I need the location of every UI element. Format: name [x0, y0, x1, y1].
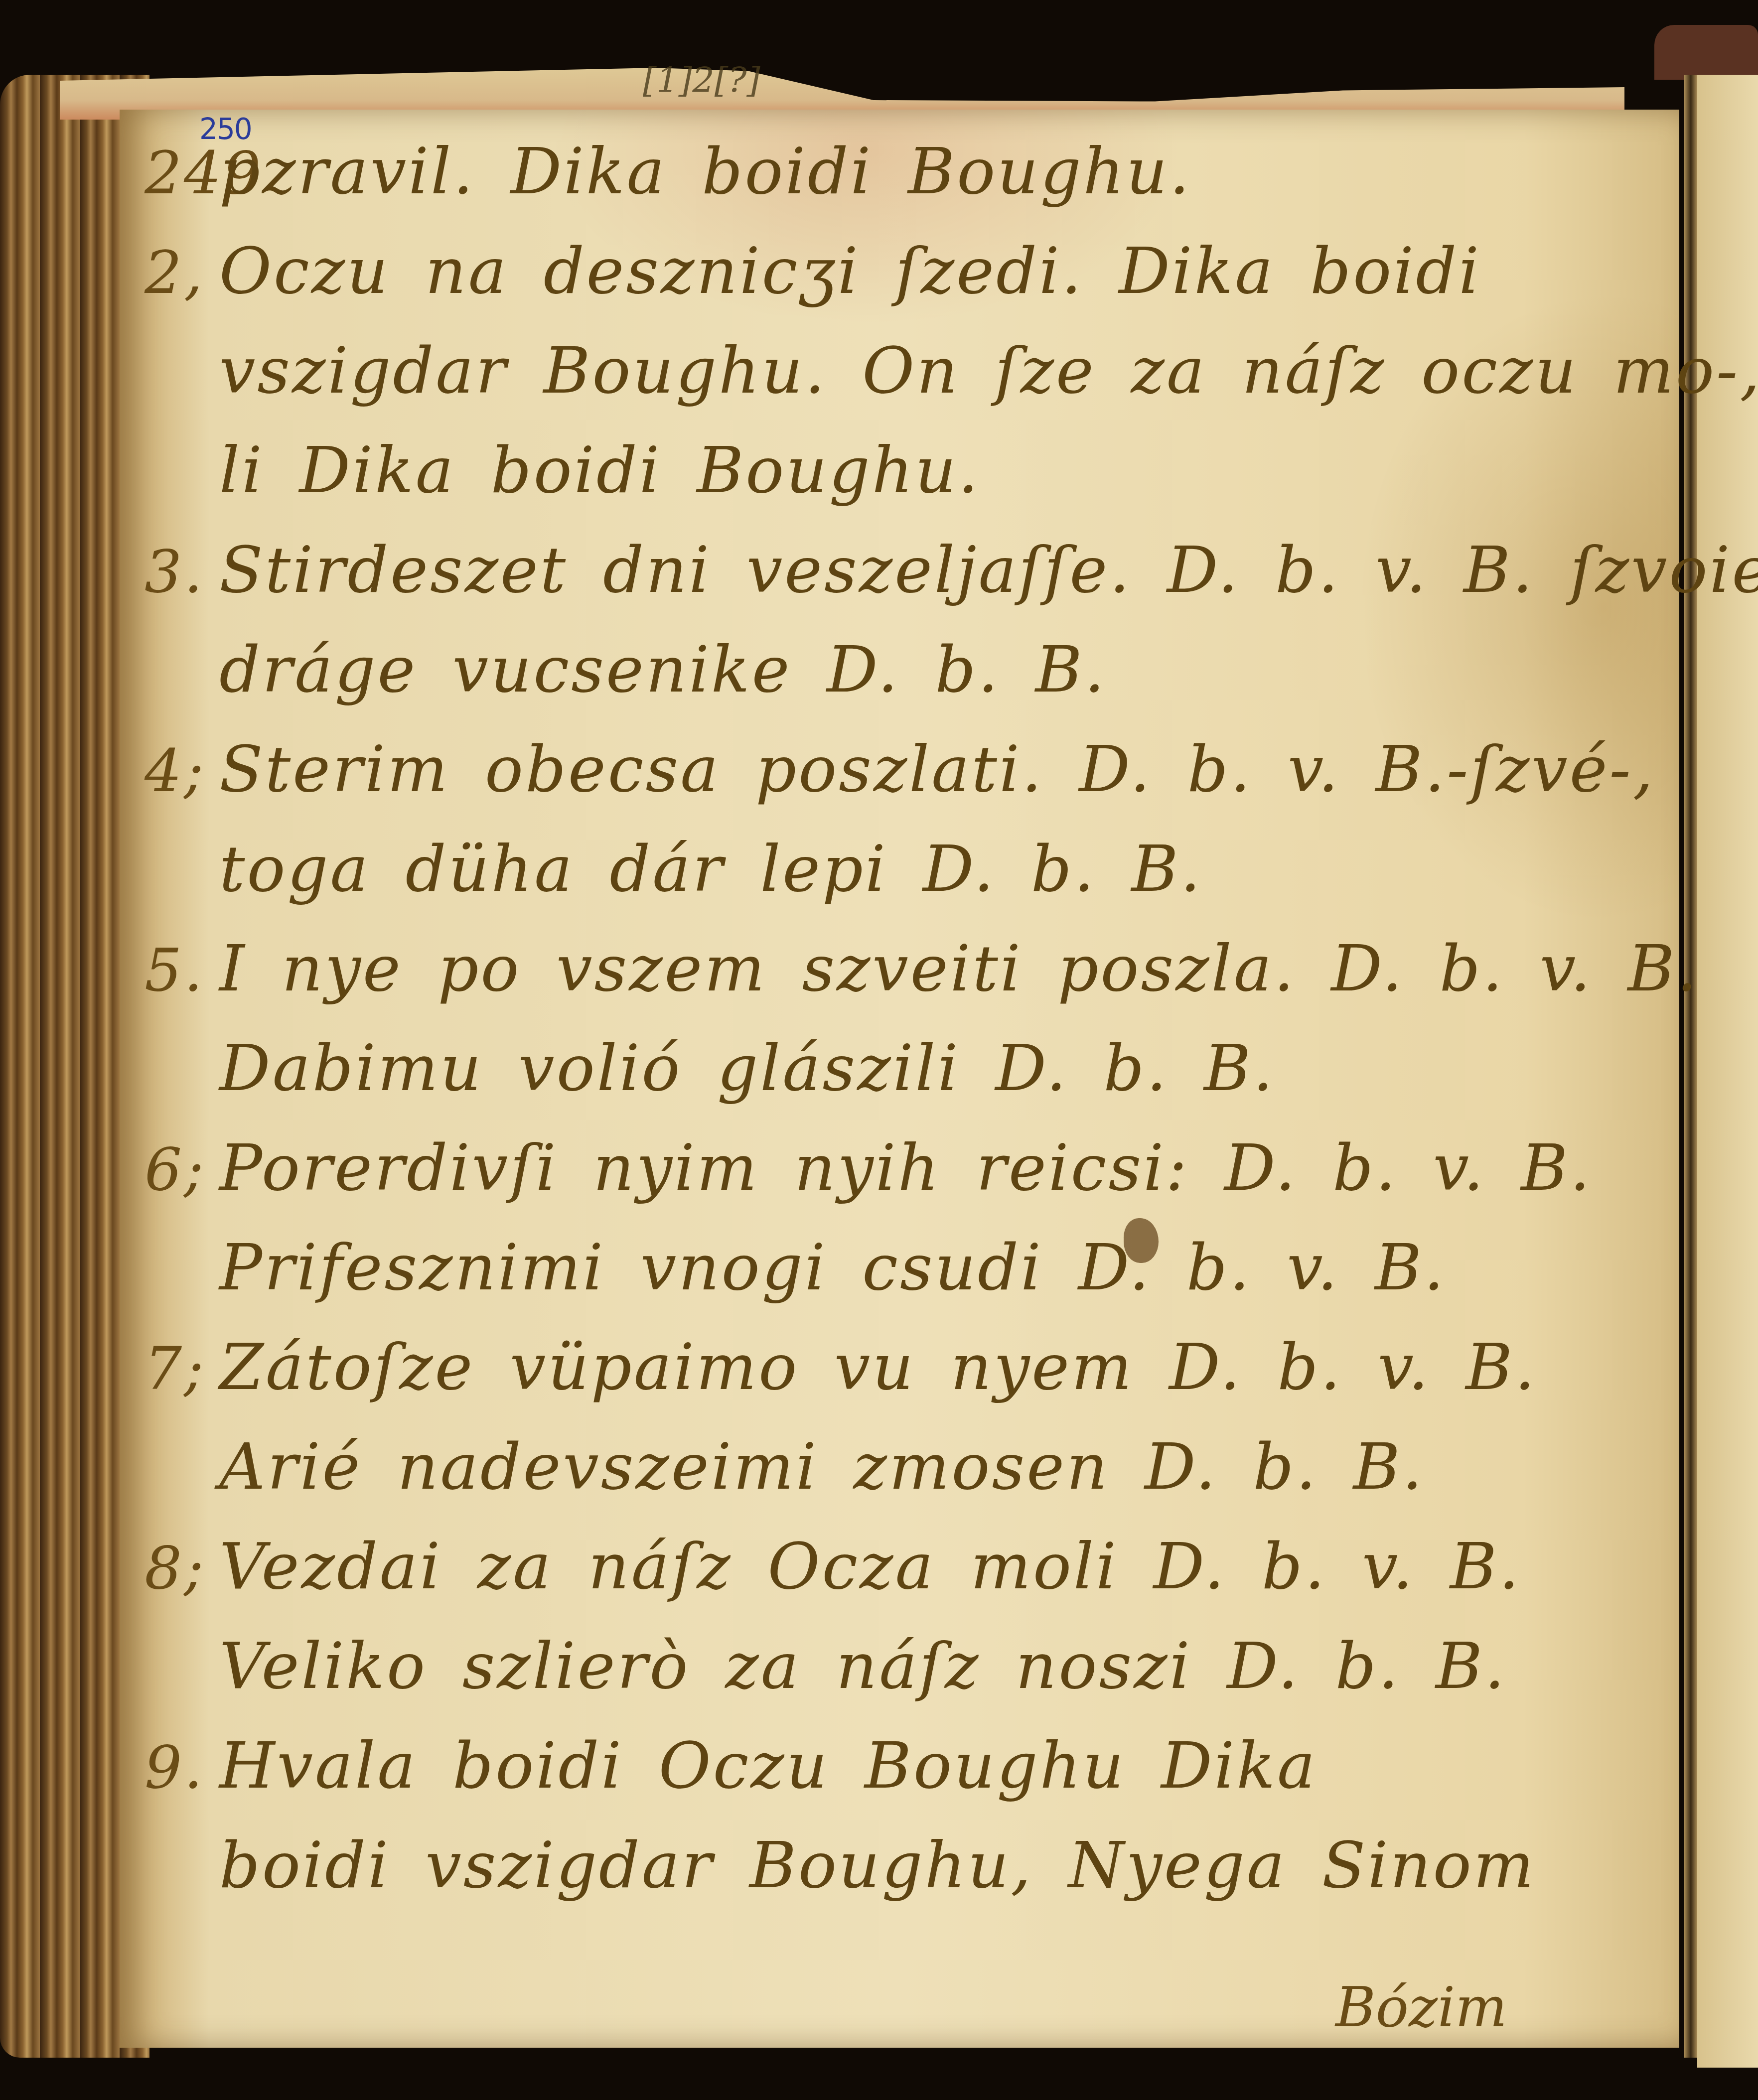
- text-line: 2,Oczu na desznicʒi ſzedi. Dika boidi: [145, 234, 1614, 334]
- line-number: 9.: [145, 1733, 219, 1802]
- line-text: Dabimu volió glászili D. b. B.: [219, 1031, 1275, 1106]
- line-text: pzravil. Dika boidi Boughu.: [219, 135, 1191, 209]
- line-text: Prifesznimi vnogi csudi D. b. v. B.: [219, 1231, 1446, 1305]
- text-line: 8;Vezdai za náſz Ocza moli D. b. v. B.: [145, 1530, 1614, 1629]
- binding-fragment: [1654, 25, 1758, 80]
- text-line: 7;Zátoſze vüpaimo vu nyem D. b. v. B.: [145, 1330, 1614, 1430]
- text-line: vszigdar Boughu. On ſze za náſz oczu mo-…: [145, 334, 1614, 433]
- line-text: Oczu na desznicʒi ſzedi. Dika boidi: [219, 234, 1481, 308]
- line-text: toga düha dár lepi D. b. B.: [219, 832, 1202, 906]
- text-line: boidi vszigdar Boughu, Nyega Sinom: [145, 1828, 1614, 1928]
- line-text: Vezdai za náſz Ocza moli D. b. v. B.: [219, 1530, 1521, 1604]
- line-text: boidi vszigdar Boughu, Nyega Sinom: [219, 1828, 1536, 1903]
- line-text: Zátoſze vüpaimo vu nyem D. b. v. B.: [219, 1330, 1537, 1404]
- line-text: Arié nadevszeimi zmosen D. b. B.: [219, 1430, 1425, 1504]
- line-number: 249: [145, 139, 219, 207]
- line-number: 5.: [145, 936, 219, 1004]
- text-line: toga düha dár lepi D. b. B.: [145, 832, 1614, 932]
- line-text: Porerdivſi nyim nyih reicsi: D. b. v. B.: [219, 1131, 1592, 1205]
- line-number: 2,: [145, 238, 219, 307]
- line-text: Sterim obecsa poszlati. D. b. v. B.-ſzvé…: [219, 732, 1655, 807]
- line-text: Veliko szlierò za náſz noszi D. b. B.: [219, 1629, 1507, 1703]
- line-number: 6;: [145, 1135, 219, 1204]
- line-number: 4;: [145, 736, 219, 805]
- text-line: 4;Sterim obecsa poszlati. D. b. v. B.-ſz…: [145, 732, 1614, 832]
- line-text: Stirdeszet dni veszeljaſſe. D. b. v. B. …: [219, 533, 1758, 607]
- text-line: Prifesznimi vnogi csudi D. b. v. B.: [145, 1231, 1614, 1330]
- manuscript-text: 249pzravil. Dika boidi Boughu. 2,Oczu na…: [145, 135, 1614, 1928]
- line-text: vszigdar Boughu. On ſze za náſz oczu mo-…: [219, 334, 1758, 408]
- catchword: Bózim: [1335, 1975, 1507, 2039]
- line-text: dráge vucsenike D. b. B.: [219, 633, 1107, 707]
- text-line: Dabimu volió glászili D. b. B.: [145, 1031, 1614, 1131]
- text-line: li Dika boidi Boughu.: [145, 433, 1614, 533]
- line-text: I nye po vszem szveiti poszla. D. b. v. …: [219, 932, 1699, 1006]
- line-number: 7;: [145, 1334, 219, 1403]
- line-text: li Dika boidi Boughu.: [219, 433, 980, 508]
- text-line: 5.I nye po vszem szveiti poszla. D. b. v…: [145, 932, 1614, 1031]
- text-line: Arié nadevszeimi zmosen D. b. B.: [145, 1430, 1614, 1530]
- text-line: Veliko szlierò za náſz noszi D. b. B.: [145, 1629, 1614, 1729]
- text-line: 249pzravil. Dika boidi Boughu.: [145, 135, 1614, 234]
- text-line: 6;Porerdivſi nyim nyih reicsi: D. b. v. …: [145, 1131, 1614, 1231]
- text-line: 3.Stirdeszet dni veszeljaſſe. D. b. v. B…: [145, 533, 1614, 633]
- partial-folio-number: [1]2[?]: [643, 60, 760, 101]
- line-number: 3.: [145, 537, 219, 606]
- line-text: Hvala boidi Oczu Boughu Dika: [219, 1729, 1317, 1803]
- line-number: 8;: [145, 1534, 219, 1602]
- text-line: dráge vucsenike D. b. B.: [145, 633, 1614, 732]
- text-line: 9.Hvala boidi Oczu Boughu Dika: [145, 1729, 1614, 1828]
